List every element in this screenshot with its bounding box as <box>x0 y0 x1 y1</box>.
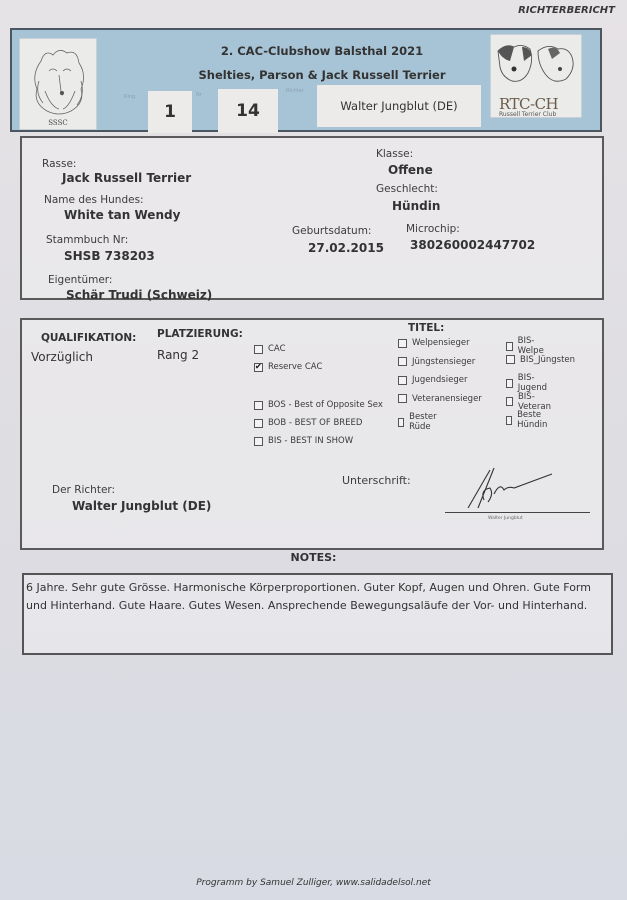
checkbox-label: BOB - BEST OF BREED <box>268 418 362 428</box>
checkbox-label: Veteranensieger <box>412 394 482 404</box>
checkbox-veteranensieger[interactable]: Veteranensieger <box>398 394 482 404</box>
titles-label: TITEL: <box>408 322 444 334</box>
event-header: SSSC 2. CAC-Clubshow Balsthal 2021 Shelt… <box>10 28 602 132</box>
checkbox-label: BIS-Welpe <box>518 336 546 356</box>
notes-title: NOTES: <box>0 551 627 564</box>
studbook-value: SHSB 738203 <box>64 249 155 263</box>
birthdate-value: 27.02.2015 <box>308 241 384 255</box>
dog-name-value: White tan Wendy <box>64 208 180 222</box>
checkbox-beste-hündin[interactable]: Beste Hündin <box>506 410 550 430</box>
checkbox-unchecked-icon[interactable] <box>398 357 407 366</box>
dog-name-label: Name des Hundes: <box>44 194 144 206</box>
event-title: 2. CAC-Clubshow Balsthal 2021 <box>142 44 502 58</box>
checkbox-checked-icon[interactable]: ✔ <box>254 363 263 372</box>
checkbox-unchecked-icon[interactable] <box>398 394 407 403</box>
checkbox-unchecked-icon[interactable] <box>506 355 515 364</box>
sssc-caption: SSSC <box>20 119 96 127</box>
sex-label: Geschlecht: <box>376 183 438 195</box>
owner-label: Eigentümer: <box>48 274 112 286</box>
signature-icon <box>460 464 560 512</box>
birthdate-label: Geburtsdatum: <box>292 225 371 237</box>
breed-label: Rasse: <box>42 158 76 170</box>
signature-label: Unterschrift: <box>342 474 411 487</box>
checkbox-label: BIS-Veteran <box>518 392 553 412</box>
judge-label: Richter <box>286 88 304 94</box>
checkbox-unchecked-icon[interactable] <box>398 418 404 427</box>
checkbox-bis-welpe[interactable]: BIS-Welpe <box>506 336 546 356</box>
nr-label: Nr <box>196 92 202 98</box>
qualification-label: QUALIFIKATION: <box>41 332 136 344</box>
checkbox-bis-best-in-show[interactable]: BIS - BEST IN SHOW <box>254 436 353 446</box>
checkbox-unchecked-icon[interactable] <box>506 397 513 406</box>
checkbox-jugendsieger[interactable]: Jugendsieger <box>398 375 467 385</box>
checkbox-jüngstensieger[interactable]: Jüngstensieger <box>398 357 475 367</box>
checkbox-bos-best-of-opposite-sex[interactable]: BOS - Best of Opposite Sex <box>254 400 383 410</box>
jack-russell-portrait-icon <box>492 37 582 97</box>
checkbox-unchecked-icon[interactable] <box>506 379 513 388</box>
judge-value: Walter Jungblut (DE) <box>317 85 481 127</box>
checkbox-label: BIS - BEST IN SHOW <box>268 436 353 446</box>
dog-info-panel: Rasse: Jack Russell Terrier Name des Hun… <box>20 136 604 300</box>
number-value: 14 <box>218 89 278 133</box>
signature-line <box>445 512 590 513</box>
checkbox-label: Welpensieger <box>412 338 470 348</box>
checkbox-unchecked-icon[interactable] <box>254 345 263 354</box>
microchip-value: 380260002447702 <box>410 238 535 252</box>
checkbox-bis-jüngsten[interactable]: BIS_Jüngsten <box>506 355 575 365</box>
placement-value: Rang 2 <box>157 348 199 362</box>
checkbox-label: BIS-Jugend <box>518 373 550 393</box>
document-type-label: RICHTERBERICHT <box>518 5 615 16</box>
checkbox-label: Jugendsieger <box>412 375 467 385</box>
microchip-label: Microchip: <box>406 223 460 235</box>
rtc-ch-subcaption: Russell Terrier Club <box>499 111 556 118</box>
ring-label: Ring <box>124 94 135 100</box>
notes-text: 6 Jahre. Sehr gute Grösse. Harmonische K… <box>22 573 613 655</box>
studbook-label: Stammbuch Nr: <box>46 234 128 246</box>
checkbox-reserve-cac[interactable]: ✔Reserve CAC <box>254 362 322 372</box>
checkbox-label: Reserve CAC <box>268 362 322 372</box>
class-label: Klasse: <box>376 148 413 160</box>
owner-value: Schär Trudi (Schweiz) <box>66 288 212 302</box>
sheltie-portrait-icon <box>21 41 97 119</box>
checkbox-unchecked-icon[interactable] <box>506 342 513 351</box>
ring-value: 1 <box>148 91 192 133</box>
checkbox-unchecked-icon[interactable] <box>398 339 407 348</box>
rtc-ch-logo: RTC-CH Russell Terrier Club <box>490 34 582 118</box>
judge-signoff-value: Walter Jungblut (DE) <box>72 499 211 513</box>
checkbox-label: BIS_Jüngsten <box>520 355 575 365</box>
sex-value: Hündin <box>392 199 440 213</box>
checkbox-unchecked-icon[interactable] <box>254 419 263 428</box>
checkbox-label: CAC <box>268 344 286 354</box>
checkbox-unchecked-icon[interactable] <box>398 376 407 385</box>
checkbox-bob-best-of-breed[interactable]: BOB - BEST OF BREED <box>254 418 362 428</box>
placement-label: PLATZIERUNG: <box>157 328 243 340</box>
checkbox-bis-jugend[interactable]: BIS-Jugend <box>506 373 549 393</box>
qualification-value: Vorzüglich <box>31 350 93 364</box>
checkbox-bester-rüde[interactable]: Bester Rüde <box>398 412 440 432</box>
checkbox-welpensieger[interactable]: Welpensieger <box>398 338 470 348</box>
judge-signoff-label: Der Richter: <box>52 484 115 496</box>
checkbox-cac[interactable]: CAC <box>254 344 286 354</box>
awards-group: CAC✔Reserve CACBOS - Best of Opposite Se… <box>254 344 404 454</box>
checkbox-label: Jüngstensieger <box>412 357 475 367</box>
checkbox-label: BOS - Best of Opposite Sex <box>268 400 383 410</box>
footer-credit: Programm by Samuel Zulliger, www.salidad… <box>0 878 627 888</box>
sssc-logo: SSSC <box>19 38 97 130</box>
breed-value: Jack Russell Terrier <box>62 171 191 185</box>
checkbox-label: Beste Hündin <box>517 410 550 430</box>
event-subtitle: Shelties, Parson & Jack Russell Terrier <box>142 68 502 82</box>
checkbox-unchecked-icon[interactable] <box>254 437 263 446</box>
signature-caption: Walter Jungblut <box>488 516 523 521</box>
checkbox-label: Bester Rüde <box>409 412 439 432</box>
checkbox-unchecked-icon[interactable] <box>506 416 512 425</box>
checkbox-unchecked-icon[interactable] <box>254 401 263 410</box>
checkbox-bis-veteran[interactable]: BIS-Veteran <box>506 392 553 412</box>
class-value: Offene <box>388 163 433 177</box>
